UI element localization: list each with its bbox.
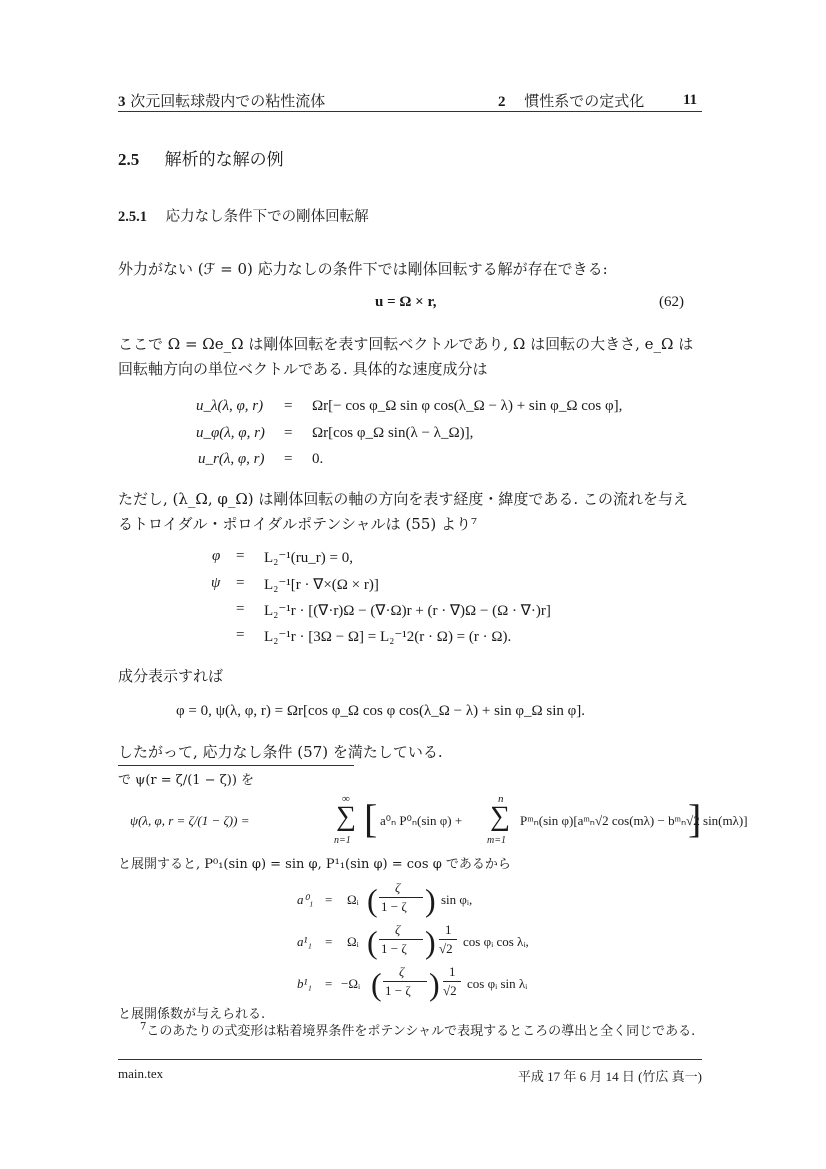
expansion-equation: ψ(λ, φ, r = ζ/(1 − ζ)) = ∞ ∑ n=1 [ a⁰ₙ P… <box>118 795 708 847</box>
footnote-text: このあたりの式変形は粘着境界条件をポテンシャルで表現するところの導出と全く同じで… <box>146 1024 695 1039</box>
note-line-1: で ψ(r = ζ/(1 − ζ)) を <box>118 769 254 788</box>
equation-row: u_r(λ, φ, r) = 0. <box>198 451 264 468</box>
section-heading: 2.5 解析的な解の例 <box>118 145 284 170</box>
component-equation: φ = 0, ψ(λ, φ, r) = Ωr[cos φ_Ω cos φ cos… <box>176 703 585 720</box>
subsection-heading: 2.5.1 応力なし条件下での剛体回転解 <box>118 205 369 226</box>
page-number: 11 <box>683 90 697 109</box>
running-header-left: 3 次元回転球殻内での粘性流体 <box>118 90 325 111</box>
paragraph-component-form: 成分表示すれば <box>118 665 223 686</box>
header-document-title: 次元回転球殻内での粘性流体 <box>130 92 325 110</box>
footnote-rule <box>118 765 354 766</box>
equation-row: ψ = L₂⁻¹[r · ∇×(Ω × r)] <box>211 575 220 592</box>
note-line-2: と展開すると, P⁰₁(sin φ) = sin φ, P¹₁(sin φ) =… <box>118 853 511 872</box>
section-title: 解析的な解の例 <box>165 150 284 170</box>
header-section-number: 2 <box>498 94 506 110</box>
running-header-right: 2 慣性系での定式化 <box>498 90 644 111</box>
footnote-7: 7このあたりの式変形は粘着境界条件をポテンシャルで表現するところの導出と全く同じ… <box>140 1020 695 1039</box>
section-number: 2.5 <box>118 150 139 169</box>
paragraph-axis-direction-2: るトロイダル・ポロイダルポテンシャルは (55) より⁷ <box>118 513 477 534</box>
header-section-title: 慣性系での定式化 <box>524 92 644 110</box>
subsection-number: 2.5.1 <box>118 209 147 225</box>
footer-rule <box>118 1059 702 1060</box>
paragraph-axis-direction-1: ただし, (λ_Ω, φ_Ω) は剛体回転の軸の方向を表す経度・緯度である. こ… <box>118 488 688 509</box>
equation-label-62: (62) <box>659 294 684 311</box>
equation-row: u_λ(λ, φ, r) = Ωr[− cos φ_Ω sin φ cos(λ_… <box>196 398 263 415</box>
paragraph-intro: 外力がない (ℱ = 0) 応力なしの条件下では剛体回転する解が存在できる: <box>118 258 608 279</box>
equation-row: u_φ(λ, φ, r) = Ωr[cos φ_Ω sin(λ − λ_Ω)], <box>196 425 265 442</box>
equation-row: φ = L₂⁻¹(ru_r) = 0, <box>212 548 220 565</box>
paragraph-rotation-vector-1: ここで Ω = Ωe_Ω は剛体回転を表す回転ベクトルであり, Ω は回転の大き… <box>118 333 693 354</box>
subsection-title: 応力なし条件下での剛体回転解 <box>166 209 369 225</box>
footer-date-author: 平成 17 年 6 月 14 日 (竹広 真一) <box>518 1066 702 1085</box>
header-chapter-number: 3 <box>118 94 126 110</box>
paragraph-rotation-vector-2: 回転軸方向の単位ベクトルである. 具体的な速度成分は <box>118 358 488 379</box>
footer-filename: main.tex <box>118 1066 163 1082</box>
header-rule <box>118 111 702 112</box>
paragraph-conclusion: したがって, 応力なし条件 (57) を満たしている. <box>118 741 443 762</box>
equation-62: u = Ω × r, <box>375 294 436 311</box>
